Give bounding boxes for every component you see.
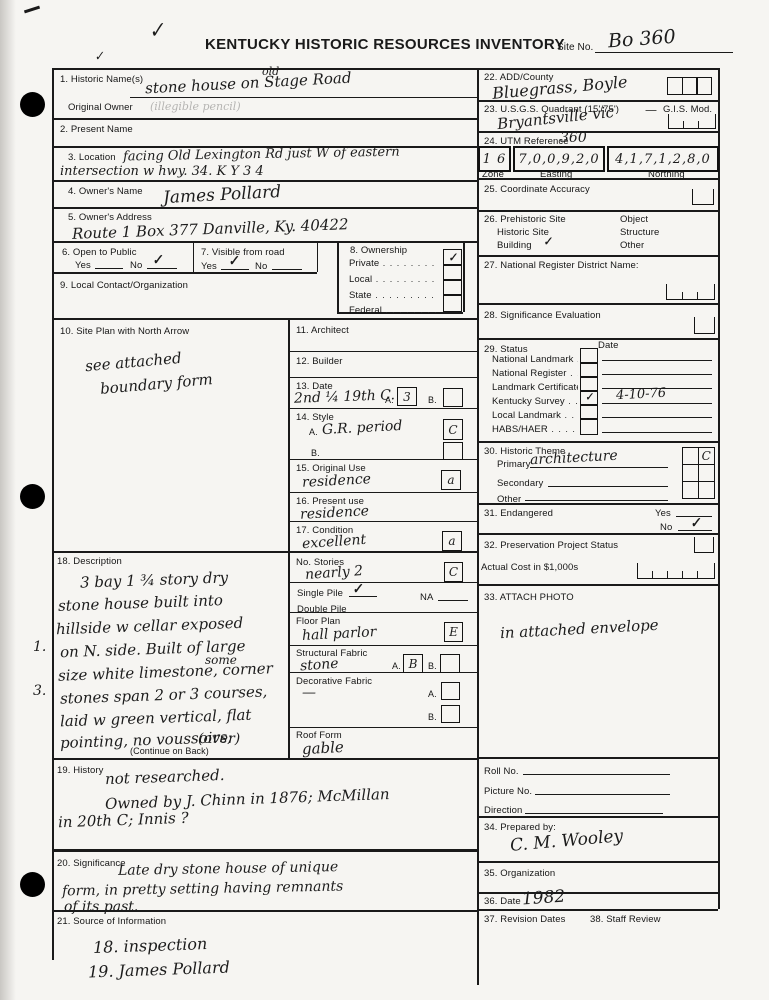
field-8-label: 8. Ownership xyxy=(350,245,407,256)
field-7-yes-blank xyxy=(221,269,249,270)
field-20-line-1: Late dry stone house of unique xyxy=(118,860,338,878)
rline-35 xyxy=(477,892,718,894)
status-habs-haer: HABS/HAER xyxy=(492,424,578,435)
field-26-other-label: Other xyxy=(620,240,644,251)
field-18-insert-above: some xyxy=(205,654,237,666)
field-6-no-check: ✓ xyxy=(151,253,164,267)
gis-mod-box xyxy=(668,114,716,129)
field-28-box xyxy=(694,317,715,334)
line-19-bottom xyxy=(52,849,477,852)
field-37-label: 37. Revision Dates xyxy=(484,914,566,925)
field-20-line-3: of its past. xyxy=(64,900,138,914)
field-25-label: 25. Coordinate Accuracy xyxy=(484,184,590,195)
field-27-label: 27. National Register District Name: xyxy=(484,260,639,271)
theme-grid-cell xyxy=(698,481,715,499)
stories-box: C xyxy=(444,562,463,582)
field-26-building-check: ✓ xyxy=(542,235,553,247)
field-12-label: 12. Builder xyxy=(296,356,343,367)
line-f67-bottom xyxy=(52,272,317,274)
field-18-line-1: 3 bay 1 ¾ story dry xyxy=(80,570,229,590)
field-11-label: 11. Architect xyxy=(296,325,349,336)
status-date-line-2 xyxy=(602,374,712,375)
utm-easting-label: Easting xyxy=(540,169,572,180)
rline-33 xyxy=(477,757,718,759)
field-6-no-label: No xyxy=(130,260,142,271)
field-6-yes-label: Yes xyxy=(75,260,91,271)
field-13-a-label: A. xyxy=(385,395,394,405)
field-8-option-local: Local xyxy=(349,274,438,285)
field-19-line-1: not researched. xyxy=(105,768,225,787)
field-22-code-cell xyxy=(682,77,698,95)
actual-cost-box xyxy=(637,563,715,579)
utm-zone-label: Zone xyxy=(482,169,504,180)
check-mark-top-left: ✓ xyxy=(93,49,105,63)
check-mark-above-title: ✓ xyxy=(146,18,167,41)
border-right xyxy=(718,68,720,909)
field-7-yes-check: ✓ xyxy=(227,254,240,268)
box8-left xyxy=(337,241,339,312)
theme-grid-cell: C xyxy=(698,447,715,465)
field-7-label: 7. Visible from road xyxy=(201,247,285,258)
status-date-line-1 xyxy=(602,360,712,361)
status-date-line-6 xyxy=(602,432,712,433)
field-7-no-label: No xyxy=(255,261,267,272)
field-21-line-1: 18. inspection xyxy=(93,936,208,956)
line-sec10-top xyxy=(52,318,477,320)
single-pile-label: Single Pile xyxy=(297,588,343,599)
line-f3-bottom xyxy=(52,180,477,182)
field-27-box-tick xyxy=(682,292,683,299)
field-3-line2: intersection w hwy. 34. K Y 3 4 xyxy=(60,165,264,178)
field-32-label: 32. Preservation Project Status xyxy=(484,540,618,551)
structural-fabric-b-label: B. xyxy=(428,661,437,671)
field-18-line-5: size white limestone, corner xyxy=(58,661,273,683)
status-box-habs-haer xyxy=(580,418,598,435)
status-landmark-certificate: Landmark Certificate xyxy=(492,382,578,393)
theme-grid-cell xyxy=(682,464,699,482)
decorative-fabric-b-label: B. xyxy=(428,712,437,722)
picture-no: Picture No. xyxy=(484,786,532,797)
rline-36 xyxy=(477,909,718,911)
field-10-note-line2: boundary form xyxy=(100,372,214,397)
box8-right xyxy=(463,241,465,312)
field-13-value: 2nd ¼ 19th C. xyxy=(294,388,395,406)
theme-grid-cell xyxy=(682,481,699,499)
field-30-secondary-label: Secondary xyxy=(497,478,543,489)
hole-punch-bottom xyxy=(20,872,45,897)
field-18-label: 18. Description xyxy=(57,556,122,567)
line-15 xyxy=(288,492,477,493)
gis-mod-box-tick xyxy=(683,121,684,128)
border-left xyxy=(52,68,54,960)
rline-26 xyxy=(477,255,718,257)
field-18-margin-number-1: 1. xyxy=(33,640,46,654)
field-33-label: 33. ATTACH PHOTO xyxy=(484,592,574,603)
divider-middle-col xyxy=(288,318,290,759)
field-22-code-cell xyxy=(696,77,712,95)
field-29-date-label: Date xyxy=(598,340,618,351)
structural-fabric-value: stone xyxy=(300,657,339,674)
field-19-line-2: Owned by J. Chinn in 1876; McMillan xyxy=(105,787,390,812)
original-owner-value: (illegible pencil) xyxy=(150,101,241,112)
field-8-option-federal: Federal xyxy=(349,305,438,316)
line-floor xyxy=(288,645,477,646)
field-3-label: 3. Location xyxy=(68,152,116,163)
stories-value: nearly 2 xyxy=(305,564,364,582)
field-30-other-line xyxy=(525,500,668,501)
field-36-label: 36. Date xyxy=(484,896,521,907)
line-19-top xyxy=(52,758,477,760)
field-26-historic-site-label: Historic Site xyxy=(497,227,549,238)
actual-cost-box-tick xyxy=(682,571,683,578)
field-14-a-label: A. xyxy=(309,427,318,437)
single-pile-check: ✓ xyxy=(351,582,364,596)
field-3-line1: facing Old Lexington Rd just W of easter… xyxy=(123,146,400,164)
field-19-line-3: in 20th C; Innis ? xyxy=(58,811,189,831)
line-12 xyxy=(288,377,477,378)
actual-cost-box-tick xyxy=(667,571,668,578)
field-31-yes-label: Yes xyxy=(655,508,671,519)
field-27-box-tick xyxy=(697,292,698,299)
field-27-box xyxy=(666,284,715,300)
field-6-no-blank xyxy=(147,268,177,269)
field-23-dash-mark: — xyxy=(645,104,657,116)
field-4-value: James Pollard xyxy=(163,184,282,207)
field-6-label: 6. Open to Public xyxy=(62,247,137,258)
field-21-line-2: 19. James Pollard xyxy=(88,960,230,981)
field-4-label: 4. Owner's Name xyxy=(68,186,143,197)
field-5-label: 5. Owner's Address xyxy=(68,212,152,223)
field-33-note: in attached envelope xyxy=(500,618,659,641)
line-13 xyxy=(288,408,477,409)
rline-31 xyxy=(477,533,718,535)
status-national-landmark: National Landmark xyxy=(492,354,578,365)
field-14-a-value: G.R. period xyxy=(322,419,403,437)
field-30-secondary-line xyxy=(548,486,668,487)
decorative-fabric-value: — xyxy=(302,686,316,700)
field-19-label: 19. History xyxy=(57,765,104,776)
site-no-underline xyxy=(595,52,733,53)
field-8-option-private: Private xyxy=(349,258,438,269)
field-30-primary-label: Primary xyxy=(497,459,530,470)
field-1-insert-above: old xyxy=(262,66,279,77)
status-date-line-5 xyxy=(602,417,712,418)
divider-7-right xyxy=(317,241,318,272)
line-f1-under xyxy=(130,97,477,98)
field-8-checkbox-federal xyxy=(443,294,462,312)
field-20-label: 20. Significance xyxy=(57,858,126,869)
structural-fabric-a-label: A. xyxy=(392,661,401,671)
double-pile-blank xyxy=(352,612,380,613)
rline-29 xyxy=(477,441,718,443)
field-13-b-label: B. xyxy=(428,395,437,405)
theme-grid-cell xyxy=(698,464,715,482)
line-dfabric xyxy=(288,727,477,728)
rline-25 xyxy=(477,210,718,212)
utm-northing-label: Northing xyxy=(648,169,685,180)
field-18-line-6: stones span 2 or 3 courses, xyxy=(60,684,268,706)
field-14-b-label: B. xyxy=(311,448,320,458)
field-13-b-box xyxy=(443,388,463,407)
na-label: NA xyxy=(420,592,433,603)
hole-punch-middle xyxy=(20,484,45,509)
decorative-fabric-a-label: A. xyxy=(428,689,437,699)
divider-main xyxy=(477,68,479,985)
field-22-code-cell xyxy=(667,77,683,95)
field-30-theme-grid: C xyxy=(683,448,714,498)
gis-mod-box-tick xyxy=(698,121,699,128)
decorative-fabric-b-box xyxy=(441,705,460,723)
rline-27 xyxy=(477,303,718,305)
theme-grid-cell xyxy=(682,447,699,465)
field-8-option-state: State xyxy=(349,290,438,301)
hole-punch-top xyxy=(20,92,45,117)
status-local-landmark: Local Landmark xyxy=(492,410,578,421)
structural-fabric-b-box xyxy=(440,654,460,673)
line-f4-bottom xyxy=(52,207,477,209)
actual-cost-box-tick xyxy=(697,571,698,578)
field-18-over-note: (over) xyxy=(198,732,240,746)
field-1-label: 1. Historic Name(s) xyxy=(60,74,143,85)
field-34-label: 34. Prepared by: xyxy=(484,822,556,833)
field-35-label: 35. Organization xyxy=(484,868,555,879)
page-title: KENTUCKY HISTORIC RESOURCES INVENTORY xyxy=(205,36,565,53)
field-20-line-2: form, in pretty setting having remnants xyxy=(62,880,343,899)
field-2-label: 2. Present Name xyxy=(60,124,133,135)
line-f1-bottom xyxy=(52,118,477,120)
field-28-label: 28. Significance Evaluation xyxy=(484,310,601,321)
field-14-b-box xyxy=(443,442,463,460)
field-22-code-boxes xyxy=(668,77,712,95)
field-7-no-blank xyxy=(272,269,302,270)
field-18-line-2: stone house built into xyxy=(58,593,223,614)
roll-no: Roll No. xyxy=(484,766,519,777)
field-30-primary-value: architecture xyxy=(530,449,618,468)
original-owner-label: Original Owner xyxy=(68,102,133,113)
field-26-prehistoric-site-label: 26. Prehistoric Site xyxy=(484,214,566,225)
field-9-label: 9. Local Contact/Organization xyxy=(60,280,188,291)
scanned-form-page: ✓ ✓ KENTUCKY HISTORIC RESOURCES INVENTOR… xyxy=(0,0,769,1000)
field-26-building-label: Building xyxy=(497,240,532,251)
field-18-continue-label: (Continue on Back) xyxy=(130,746,209,756)
kentucky-survey-date: 4-10-76 xyxy=(616,387,667,403)
site-no-label: Site No. xyxy=(557,42,593,53)
roof-form-value: gable xyxy=(302,740,345,757)
field-26-structure-label: Structure xyxy=(620,227,659,238)
field-26-object-label: Object xyxy=(620,214,648,225)
field-14-a-box: C xyxy=(443,419,463,440)
field-10-note-line1: see attached xyxy=(85,351,183,374)
field-31-no-label: No xyxy=(660,522,672,533)
field-25-box xyxy=(692,189,714,205)
field-18-margin-number-3: 3. xyxy=(33,684,46,698)
decorative-fabric-a-box xyxy=(441,682,460,700)
floor-plan-value: hall parlor xyxy=(302,625,377,643)
field-31-no-check: ✓ xyxy=(689,516,702,530)
rline-photo xyxy=(477,816,718,818)
rline-32 xyxy=(477,584,718,586)
field-21-label: 21. Source of Information xyxy=(57,916,166,927)
field-17-value: excellent xyxy=(302,533,367,551)
field-16-value: residence xyxy=(300,504,370,522)
field-15-value: residence xyxy=(302,472,372,490)
floor-plan-box: E xyxy=(444,622,463,642)
picture-no-line xyxy=(535,794,670,795)
line-11 xyxy=(288,351,477,352)
actual-cost-box-tick xyxy=(652,571,653,578)
field-31-label: 31. Endangered xyxy=(484,508,553,519)
field-30-other-label: Other xyxy=(497,494,521,505)
field-18-line-3: hillside w cellar exposed xyxy=(56,616,244,638)
field-10-label: 10. Site Plan with North Arrow xyxy=(60,326,189,337)
scan-mark-dash xyxy=(24,6,40,14)
na-blank xyxy=(438,600,468,601)
field-36-value: 1982 xyxy=(521,889,565,909)
field-15-box: a xyxy=(441,470,461,490)
divider-6-7 xyxy=(193,241,194,272)
field-24-extra-360: 360 xyxy=(560,131,587,145)
line-17 xyxy=(52,551,477,553)
field-18-line-7: laid w green vertical, flat xyxy=(60,708,252,730)
rline-34 xyxy=(477,861,718,863)
field-6-yes-blank xyxy=(95,268,123,269)
field-32-box xyxy=(694,537,714,553)
structural-fabric-a-box: B xyxy=(403,654,423,673)
field-17-box: a xyxy=(442,531,462,551)
roll-no-line xyxy=(523,774,670,775)
site-no-value: Bo 360 xyxy=(607,28,676,52)
field-13-a-box: 3 xyxy=(397,387,417,406)
field-7-yes-label: Yes xyxy=(201,261,217,272)
double-pile-label: Double Pile xyxy=(297,604,347,615)
direction-line xyxy=(525,813,663,814)
actual-cost-label: Actual Cost in $1,000s xyxy=(481,562,578,573)
status-national-register: National Register xyxy=(492,368,578,379)
direction: Direction xyxy=(484,805,522,816)
field-38-label: 38. Staff Review xyxy=(590,914,661,925)
field-1-value: stone house on Stage Road xyxy=(145,71,352,97)
border-top xyxy=(52,68,718,70)
status-kentucky-survey: Kentucky Survey xyxy=(492,396,578,407)
